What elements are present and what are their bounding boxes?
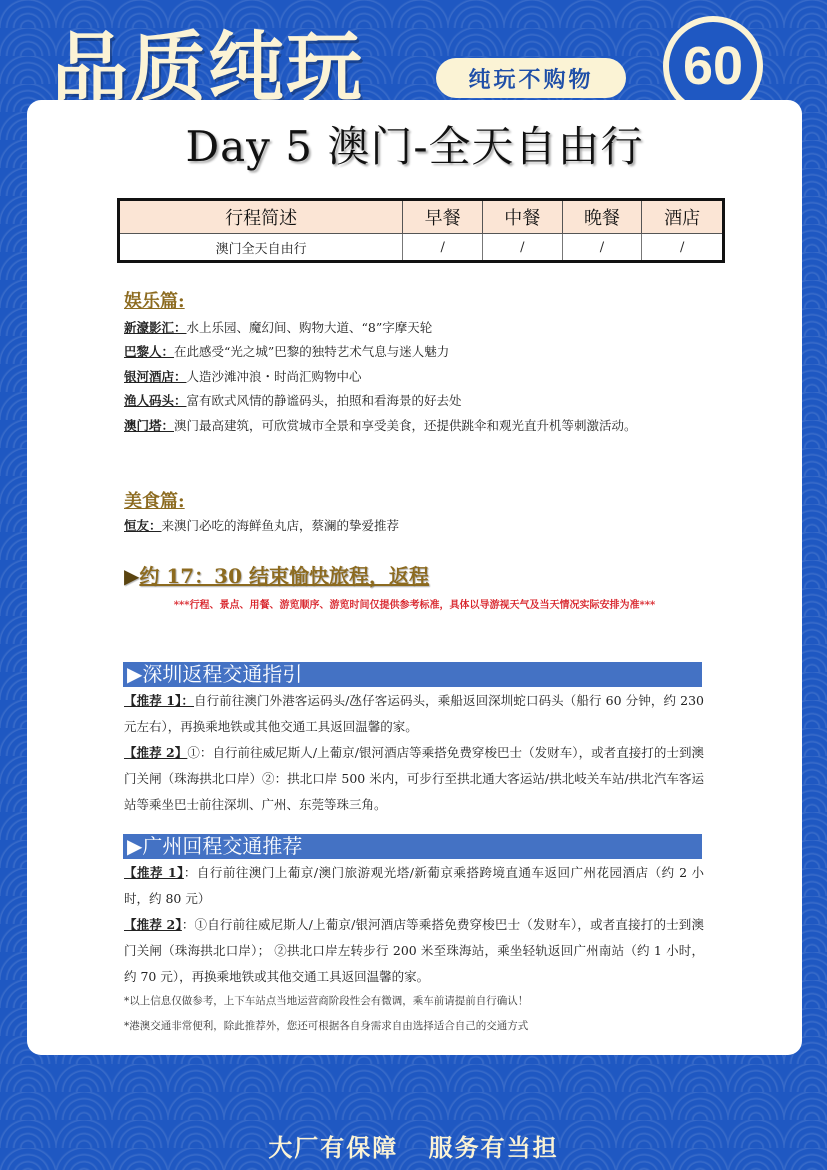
item-key: 新濠影汇： bbox=[124, 320, 187, 335]
item-text: 人造沙滩冲浪・时尚汇购物中心 bbox=[187, 369, 362, 384]
cell-lunch: / bbox=[482, 234, 562, 262]
list-item: 巴黎人：在此感受“光之城”巴黎的独特艺术气息与迷人魅力 bbox=[124, 342, 449, 360]
list-item: 渔人码头：富有欧式风情的静谧码头，拍照和看海景的好去处 bbox=[124, 391, 462, 409]
no-shopping-pill: 纯玩不购物 bbox=[436, 58, 626, 98]
rec-text: ：①自行前往威尼斯人/上葡京/银河酒店等乘搭免费穿梭巴士（发财车），或者直接打的… bbox=[124, 917, 704, 984]
footer-slogan: 大厂有保障 服务有当担 bbox=[0, 1128, 827, 1163]
food-heading: 美食篇: bbox=[124, 487, 185, 513]
cell-dinner: / bbox=[562, 234, 642, 262]
item-text: 富有欧式风情的静谧码头，拍照和看海景的好去处 bbox=[187, 393, 462, 408]
item-key: 澳门塔： bbox=[124, 418, 174, 433]
shenzhen-rec-2: 【推荐 2】①：自行前往威尼斯人/上葡京/银河酒店等乘搭免费穿梭巴士（发财车），… bbox=[124, 740, 704, 818]
rec-key: 【推荐 1】： bbox=[124, 693, 194, 708]
list-item: 澳门塔：澳门最高建筑，可欣赏城市全景和享受美食，还提供跳伞和观光直升机等刺激活动… bbox=[124, 416, 637, 434]
footnote: *以上信息仅做参考，上下车站点当地运营商阶段性会有微调，乘车前请提前自行确认！ bbox=[124, 993, 528, 1008]
rec-key: 【推荐 2】 bbox=[124, 745, 187, 760]
item-text: 来澳门必吃的海鲜鱼丸店，蔡澜的挚爱推荐 bbox=[162, 518, 400, 533]
header-breakfast: 早餐 bbox=[403, 200, 483, 234]
list-item: 新濠影汇：水上乐园、魔幻间、购物大道、“8”字摩天轮 bbox=[124, 318, 432, 336]
rec-text: 自行前往澳门外港客运码头/氹仔客运码头，乘船返回深圳蛇口码头（船行 60 分钟，… bbox=[124, 693, 704, 734]
item-key: 恒友： bbox=[124, 518, 162, 533]
item-key: 渔人码头： bbox=[124, 393, 187, 408]
shenzhen-rec-1: 【推荐 1】：自行前往澳门外港客运码头/氹仔客运码头，乘船返回深圳蛇口码头（船行… bbox=[124, 688, 704, 740]
table-row: 澳门全天自由行 / / / / bbox=[119, 234, 724, 262]
item-text: 澳门最高建筑，可欣赏城市全景和享受美食，还提供跳伞和观光直升机等刺激活动。 bbox=[174, 418, 637, 433]
guangzhou-section-bar: ▶广州回程交通推荐 bbox=[123, 834, 702, 859]
list-item: 银河酒店：人造沙滩冲浪・时尚汇购物中心 bbox=[124, 367, 362, 385]
header-dinner: 晚餐 bbox=[562, 200, 642, 234]
item-key: 巴黎人： bbox=[124, 344, 174, 359]
item-text: 水上乐园、魔幻间、购物大道、“8”字摩天轮 bbox=[187, 320, 433, 335]
return-text: 约 17：30 结束愉快旅程，返程 bbox=[139, 564, 429, 588]
header-lunch: 中餐 bbox=[482, 200, 562, 234]
table-header-row: 行程简述 早餐 中餐 晚餐 酒店 bbox=[119, 200, 724, 234]
rec-text: ①：自行前往威尼斯人/上葡京/银河酒店等乘搭免费穿梭巴士（发财车），或者直接打的… bbox=[124, 745, 704, 812]
rec-key: 【推荐 1】 bbox=[124, 865, 184, 880]
item-text: 在此感受“光之城”巴黎的独特艺术气息与迷人魅力 bbox=[174, 344, 449, 359]
banner-title: 品质纯玩 bbox=[52, 30, 364, 106]
cell-itinerary: 澳门全天自由行 bbox=[119, 234, 403, 262]
itinerary-summary-table: 行程简述 早餐 中餐 晚餐 酒店 澳门全天自由行 / / / / bbox=[117, 198, 725, 263]
cell-hotel: / bbox=[642, 234, 724, 262]
guangzhou-rec-2: 【推荐 2】：①自行前往威尼斯人/上葡京/银河酒店等乘搭免费穿梭巴士（发财车），… bbox=[124, 912, 704, 990]
content-card: Day 5 澳门-全天自由行 行程简述 早餐 中餐 晚餐 酒店 澳门全天自由行 … bbox=[27, 100, 802, 1055]
header-hotel: 酒店 bbox=[642, 200, 724, 234]
list-item: 恒友：来澳门必吃的海鲜鱼丸店，蔡澜的挚爱推荐 bbox=[124, 516, 399, 534]
footnote: *港澳交通非常便利，除此推荐外，您还可根据各自身需求自由选择适合自己的交通方式 bbox=[124, 1018, 528, 1033]
return-heading: ▶约 17：30 结束愉快旅程，返程 bbox=[124, 560, 429, 589]
cell-breakfast: / bbox=[403, 234, 483, 262]
item-key: 银河酒店： bbox=[124, 369, 187, 384]
triangle-right-icon: ▶ bbox=[124, 564, 139, 588]
entertainment-heading: 娱乐篇: bbox=[124, 287, 185, 313]
shenzhen-section-bar: ▶深圳返程交通指引 bbox=[123, 662, 702, 687]
rec-key: 【推荐 2】 bbox=[124, 917, 182, 932]
rec-text: ：自行前往澳门上葡京/澳门旅游观光塔/新葡京乘搭跨境直通车返回广州花园酒店（约 … bbox=[124, 865, 704, 906]
guangzhou-rec-1: 【推荐 1】：自行前往澳门上葡京/澳门旅游观光塔/新葡京乘搭跨境直通车返回广州花… bbox=[124, 860, 704, 912]
page-title: Day 5 澳门-全天自由行 bbox=[27, 114, 802, 174]
disclaimer-note: ***行程、景点、用餐、游览顺序、游览时间仅提供参考标准，具体以导游视天气及当天… bbox=[27, 596, 802, 611]
header-itinerary: 行程简述 bbox=[119, 200, 403, 234]
